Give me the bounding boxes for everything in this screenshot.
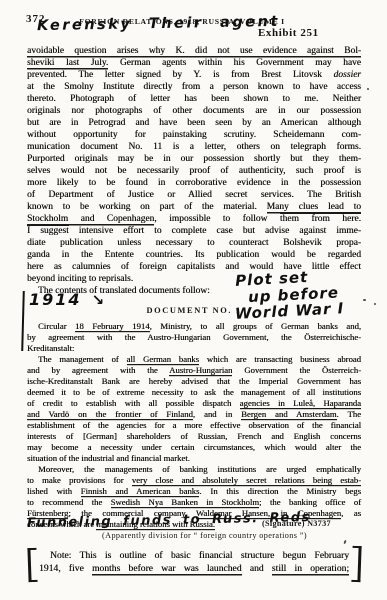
text-segment: by agreement with the Austro-Hungarian G… xyxy=(27,332,361,342)
text-segment: establishment xyxy=(27,419,75,430)
text-segment: lished with xyxy=(27,486,81,496)
text-line: originals nor photographs of other docum… xyxy=(27,105,361,117)
scanned-document-page: 372 FOREIGN RELATIONS, 1918, RUSSIA, VOL… xyxy=(0,0,387,600)
text-line: more likely to be found in corroborative… xyxy=(27,177,361,189)
text-line: Stockholm and Copenhagen, impossible to … xyxy=(27,213,361,225)
text-line: lished with Finnish and American banks. … xyxy=(27,486,361,497)
text-segment: agencies in Luleå, Haparanda xyxy=(240,398,361,408)
text-line: thereto. Photograph of letter has been s… xyxy=(27,93,361,105)
exhibit-number-stamp: Exhibit 251 xyxy=(258,27,319,39)
text-segment: Purported originals may be in our posses… xyxy=(27,154,361,164)
text-segment: originals nor photographs of other docum… xyxy=(27,106,361,116)
text-line: known to be working on part of the mater… xyxy=(27,201,361,213)
text-line: may become a necessity under certain cir… xyxy=(27,442,361,453)
text-segment: them from here. xyxy=(280,213,361,224)
body-paragraph: avoidable question arises why K. did not… xyxy=(27,45,361,297)
text-line: establishment of the agencies for a more… xyxy=(27,420,361,431)
text-line: and Vardö on the frontier of Finland, an… xyxy=(27,409,361,420)
text-line: 1914, five months before war was launche… xyxy=(39,562,349,575)
text-segment: more likely to be found in corroborative… xyxy=(27,178,361,188)
text-line: avoidable question arises why K. did not… xyxy=(27,45,361,57)
text-segment: I suggest xyxy=(27,225,69,236)
text-segment: deemed it to be of extreme necessity to … xyxy=(27,387,361,397)
ink-speck xyxy=(367,88,369,90)
text-line: ische-Kreditanstalt Bank are hereby advi… xyxy=(27,376,361,387)
text-line: and by agreement with the Austro-Hungari… xyxy=(27,365,361,376)
handwritten-bracket-left xyxy=(27,548,37,582)
text-segment: months before war was launched xyxy=(92,563,242,574)
text-segment: . The xyxy=(337,409,361,419)
text-segment: Government the Österreich- xyxy=(232,365,361,375)
ink-speck xyxy=(343,540,346,544)
text-segment: without opportunity for painstaking scru… xyxy=(27,130,361,140)
text-segment: known to be working on part of the mater… xyxy=(27,202,267,212)
text-segment: very close and absolutely secret relatio… xyxy=(132,475,361,485)
text-line: sheviki last July. German agents within … xyxy=(27,57,361,69)
text-segment: German agents within his Government may … xyxy=(108,58,361,68)
text-segment: 18 February 1914 xyxy=(75,321,150,331)
text-line: situation of the industrial and financia… xyxy=(27,453,361,464)
text-line: I suggest intensive effort to complete c… xyxy=(27,225,361,237)
text-segment: munication document No. 11 is a letter, … xyxy=(27,142,361,152)
text-segment: at the Smolny Institute directly from a … xyxy=(27,82,361,92)
text-segment: all German banks xyxy=(127,354,200,364)
text-segment: ; the banking office of xyxy=(259,497,361,507)
handwritten-margin-mark xyxy=(21,291,25,351)
text-segment: situation of the industrial and financia… xyxy=(27,453,190,463)
text-line: diate publication unless necessary to co… xyxy=(27,237,361,249)
text-segment: but are in Petrograd and have been seen … xyxy=(27,118,361,128)
text-line: Note: This is outline of basic financial… xyxy=(39,549,349,562)
text-segment: to recommend the xyxy=(27,497,111,507)
text-segment: thereto. Photograph of letter has been s… xyxy=(27,94,361,104)
handwritten-kerensky-annotation: Kerensky Their agent xyxy=(37,14,280,34)
text-segment: and by agreement with the xyxy=(27,365,169,375)
text-segment: of the agencies for a more effective obs… xyxy=(75,420,361,430)
text-segment: . In this direction the Ministry begs xyxy=(199,486,361,496)
text-segment: which are transacting business abroad xyxy=(199,354,361,364)
text-segment: Moreover, the managements of banking ins… xyxy=(38,464,361,474)
division-note: (Apparently division for “ foreign count… xyxy=(102,531,307,540)
text-segment: Kreditanstalt: xyxy=(27,343,74,353)
text-segment: avoidable question arises why K. did not… xyxy=(27,46,361,56)
text-segment: Note: This is outline of basic financial… xyxy=(50,550,349,561)
text-line: but are in Petrograd and have been seen … xyxy=(27,117,361,129)
signature-line: (Signature) N3737 xyxy=(262,519,331,528)
text-line: of credit to establish with all possible… xyxy=(27,398,361,409)
text-line: Circular 18 February 1914, Ministry, to … xyxy=(27,321,361,332)
text-segment: and xyxy=(242,563,272,574)
text-line: ganda in the Entente countries. Its publ… xyxy=(27,249,361,261)
text-line: interests of [German] shareholders of Ru… xyxy=(27,431,361,442)
text-segment: The management of xyxy=(38,354,127,364)
text-line: to recommend the Swedish Nya Banken in S… xyxy=(27,497,361,508)
text-segment: Many clues lead to xyxy=(267,202,361,212)
text-segment: and Vardö on the frontier of Finland xyxy=(27,409,193,419)
text-segment: Swedish Nya Banken in Stockholm xyxy=(111,497,259,507)
handwritten-bracket-right xyxy=(351,546,361,582)
text-segment: dossier xyxy=(334,70,361,80)
text-segment: prevented. The letter signed by Y. is fr… xyxy=(27,70,334,80)
text-segment: interests of [German] shareholders of Ru… xyxy=(27,431,361,441)
text-segment: may become a necessity under certain cir… xyxy=(27,442,361,452)
document-heading: DOCUMENT NO. 1 xyxy=(27,306,361,315)
text-segment: intensive effort to complete case but ad… xyxy=(69,226,361,236)
text-segment: Circular xyxy=(38,321,75,331)
text-line: deemed it to be of extreme necessity to … xyxy=(27,387,361,398)
text-segment: , and in xyxy=(193,409,241,419)
text-line: to make provisions for very close and ab… xyxy=(27,475,361,486)
text-segment: 1914, five xyxy=(39,563,92,574)
text-line: Kreditanstalt: xyxy=(27,343,361,354)
text-line: by agreement with the Austro-Hungarian G… xyxy=(27,332,361,343)
text-line: prevented. The letter signed by Y. is fr… xyxy=(27,69,361,81)
ink-speck xyxy=(374,303,376,305)
text-segment: diate publication unless necessary to co… xyxy=(27,238,361,248)
text-segment: Finnish and American banks xyxy=(81,486,200,496)
text-line: of Department of Justice or Allied secre… xyxy=(27,189,361,201)
text-segment: ganda in the Entente countries. Its publ… xyxy=(27,250,361,260)
text-segment: Austro-Hungarian xyxy=(169,365,232,375)
text-line: at the Smolny Institute directly from a … xyxy=(27,81,361,93)
document-paragraph: Circular 18 February 1914, Ministry, to … xyxy=(27,321,361,530)
text-segment: , Ministry, to all groups of German bank… xyxy=(150,321,361,331)
text-segment: to make provisions for xyxy=(27,475,132,485)
text-segment: Stockholm and Copenhagen xyxy=(27,214,154,224)
text-segment: of Department of Justice or Allied secre… xyxy=(27,190,361,200)
text-segment: sheviki last July. xyxy=(27,58,108,68)
note-paragraph: Note: This is outline of basic financial… xyxy=(39,549,349,575)
text-segment: beyond inciting to reprisals. xyxy=(27,274,133,284)
text-segment: of credit to establish with all possible… xyxy=(27,398,240,408)
text-line: munication document No. 11 is a letter, … xyxy=(27,141,361,153)
text-segment: ische-Kreditanstalt Bank are hereby advi… xyxy=(27,376,361,386)
text-line: Purported originals may be in our posses… xyxy=(27,153,361,165)
text-segment: , as xyxy=(341,508,361,518)
text-segment: Bergen and Amsterdam xyxy=(241,409,336,419)
text-segment: selves would not be necessarily proof of… xyxy=(27,166,361,176)
ink-speck xyxy=(363,299,366,301)
text-segment: still in operation; xyxy=(272,563,349,574)
text-line: selves would not be necessarily proof of… xyxy=(27,165,361,177)
text-line: The management of all German banks which… xyxy=(27,354,361,365)
text-segment: , impossible to follow xyxy=(154,214,280,224)
text-line: without opportunity for painstaking scru… xyxy=(27,129,361,141)
text-line: Moreover, the managements of banking ins… xyxy=(27,464,361,475)
